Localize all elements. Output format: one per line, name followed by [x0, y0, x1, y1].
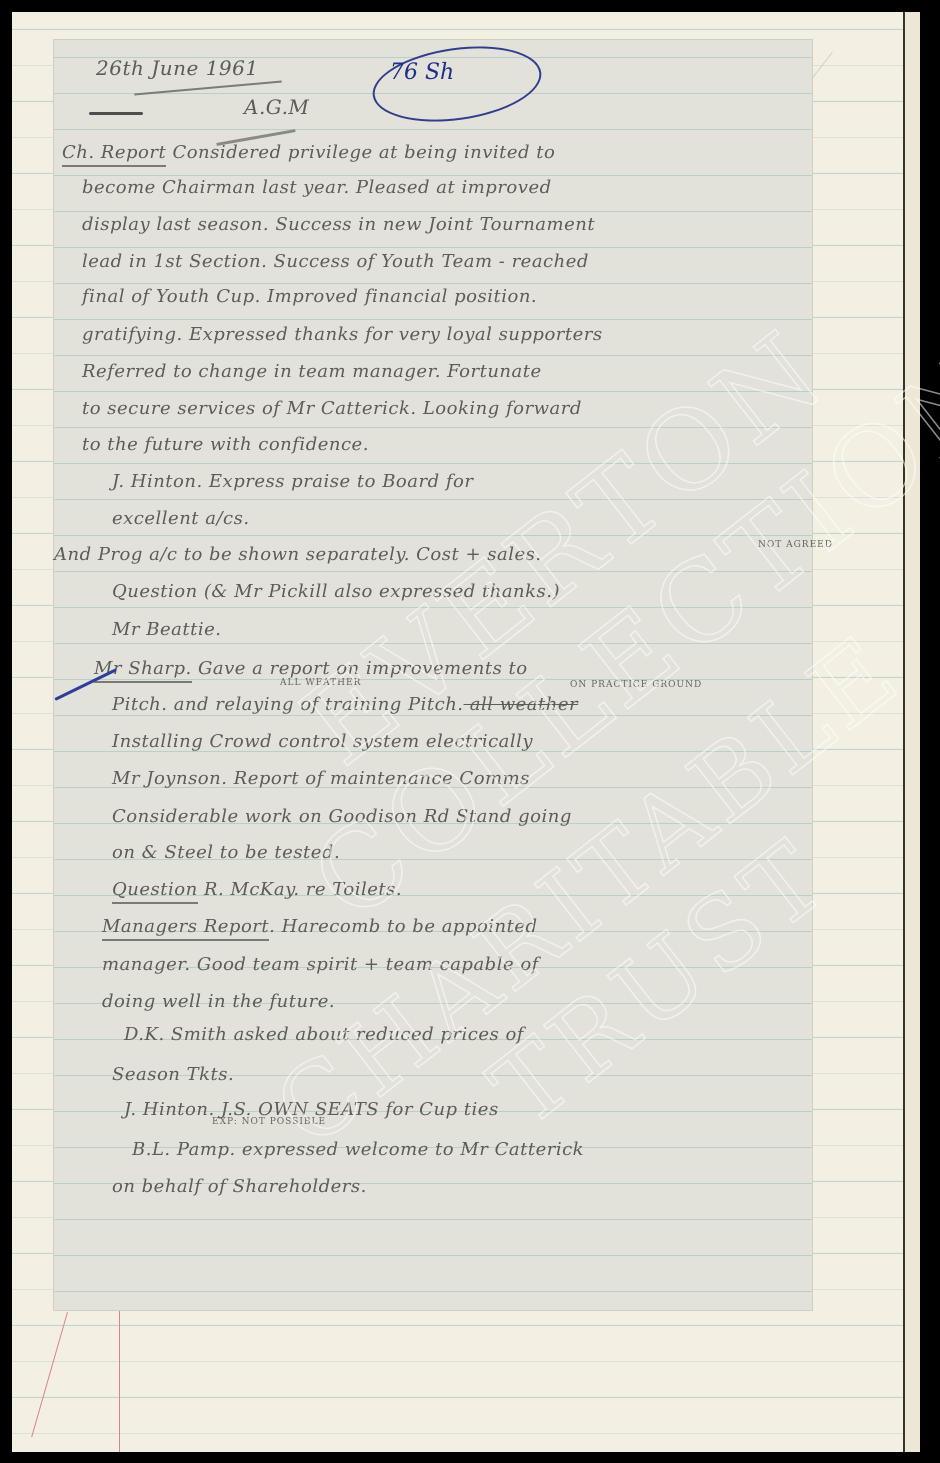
ledger-spine — [903, 12, 905, 1452]
minutes-line: Referred to change in team manager. Fort… — [82, 361, 542, 382]
underlined-heading: Ch. Report — [62, 142, 166, 167]
red-diagonal-line — [31, 1312, 68, 1437]
margin-note: NOT AGREED — [758, 540, 833, 550]
minutes-line: Ch. Report Considered privilege at being… — [62, 142, 555, 163]
minutes-line: Season Tkts. — [112, 1064, 234, 1085]
meeting-date: 26th June 1961 — [96, 56, 259, 80]
underlined-heading: Managers Report — [102, 916, 269, 941]
underlined-heading: Question — [112, 879, 198, 904]
minutes-line: excellent a/cs. — [112, 508, 250, 529]
minutes-line: manager. Good team spirit + team capable… — [102, 954, 539, 975]
minutes-line: display last season. Success in new Join… — [82, 214, 595, 235]
minutes-line: Mr Joynson. Report of maintenance Comms — [112, 768, 530, 789]
minutes-line: lead in 1st Section. Success of Youth Te… — [82, 251, 589, 272]
minutes-line: Question R. McKay. re Toilets. — [112, 879, 402, 900]
red-margin-line — [119, 1302, 120, 1452]
date-underline — [134, 81, 282, 96]
minutes-line: become Chairman last year. Pleased at im… — [82, 177, 552, 198]
insertion-above: ALL WEATHER — [280, 678, 361, 688]
minutes-line: D.K. Smith asked about reduced prices of — [124, 1024, 524, 1045]
minutes-line: B.L. Pamp. expressed welcome to Mr Catte… — [132, 1139, 584, 1160]
minutes-line: Pitch. and relaying of training Pitch. a… — [112, 694, 578, 715]
minutes-line: final of Youth Cup. Improved financial p… — [82, 286, 537, 307]
minutes-line: J. Hinton. Express praise to Board for — [112, 471, 473, 492]
ledger-page: 26th June 1961 A.G.M 76 Sh Ch. Report Co… — [12, 12, 920, 1452]
minutes-line: Managers Report. Harecomb to be appointe… — [102, 916, 538, 937]
minutes-line: Mr Beattie. — [112, 619, 221, 640]
reference-mark: 76 Sh — [390, 60, 454, 85]
minutes-line: Question (& Mr Pickill also expressed th… — [112, 581, 560, 602]
minutes-line: on behalf of Shareholders. — [112, 1176, 367, 1197]
minutes-line: gratifying. Expressed thanks for very lo… — [82, 324, 603, 345]
minutes-line: doing well in the future. — [102, 991, 335, 1012]
insertion-below: EXP: NOT POSSIBLE — [212, 1117, 326, 1127]
staple-icon — [89, 112, 143, 115]
minutes-line: And Prog a/c to be shown separately. Cos… — [54, 544, 542, 565]
insertion-right: ON PRACTICE GROUND — [570, 680, 702, 690]
meeting-type: A.G.M — [244, 95, 309, 119]
minutes-line: Considerable work on Goodison Rd Stand g… — [112, 806, 572, 827]
minutes-line: to secure services of Mr Catterick. Look… — [82, 398, 582, 419]
minutes-line: Installing Crowd control system electric… — [112, 731, 533, 752]
minutes-line: to the future with confidence. — [82, 434, 369, 455]
pasted-minutes-sheet: 26th June 1961 A.G.M 76 Sh Ch. Report Co… — [54, 40, 812, 1310]
ledger-next-page-edge — [905, 12, 920, 1452]
minutes-line: Mr Sharp. Gave a report on improvements … — [94, 658, 528, 679]
struck-text: all weather — [464, 694, 579, 715]
minutes-line: on & Steel to be tested. — [112, 842, 340, 863]
